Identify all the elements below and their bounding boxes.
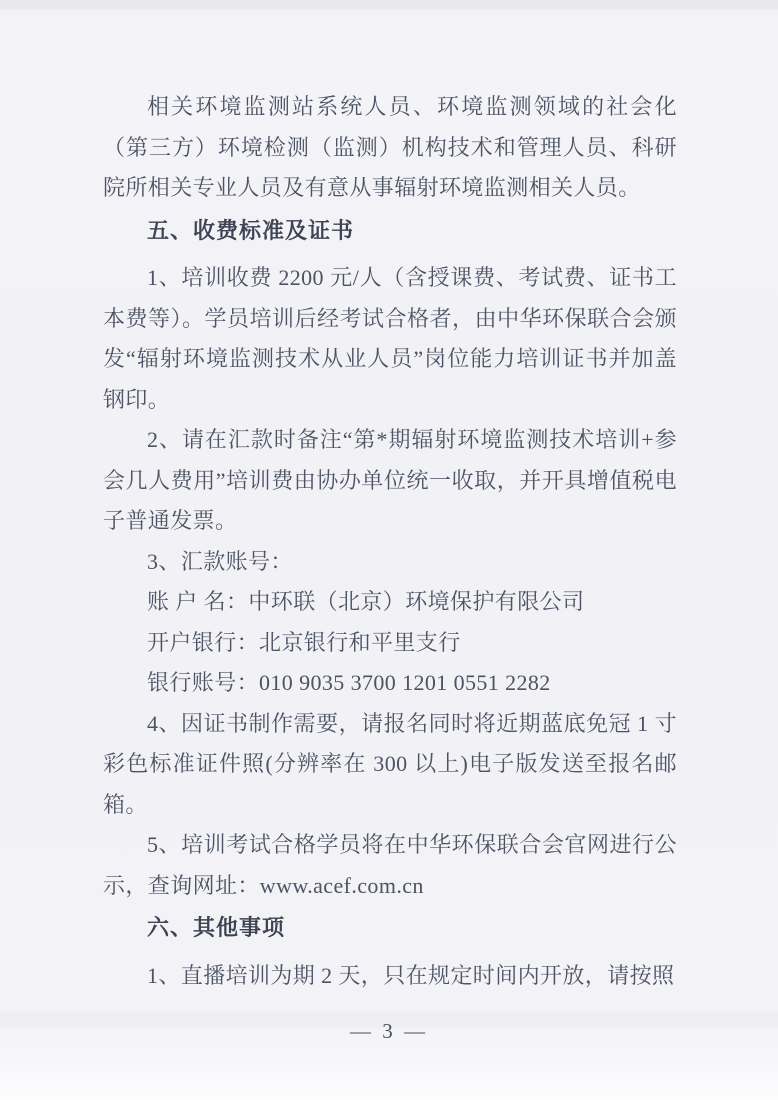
body-paragraph: 2、请在汇款时备注“第*期辐射环境监测技术培训+参会几人费用”培训费由协办单位统…: [103, 420, 677, 542]
body-paragraph: 账 户 名：中环联（北京）环境保护有限公司: [103, 582, 677, 623]
scan-artifact-top-edge: [0, 0, 778, 9]
document-page: 相关环境监测站系统人员、环境监测领域的社会化（第三方）环境检测（监测）机构技术和…: [0, 0, 778, 1100]
body-paragraph: 1、直播培训为期 2 天，只在规定时间内开放，请按照: [103, 956, 677, 997]
body-paragraph: 开户银行：北京银行和平里支行: [103, 623, 677, 664]
body-paragraph: 银行账号：010 9035 3700 1201 0551 2282: [103, 663, 677, 704]
scanned-document: { "page": { "paragraphs": [ { "type": "b…: [0, 0, 778, 1100]
document-body: 相关环境监测站系统人员、环境监测领域的社会化（第三方）环境检测（监测）机构技术和…: [103, 87, 677, 996]
section-heading: 五、收费标准及证书: [103, 211, 677, 252]
section-heading: 六、其他事项: [103, 908, 677, 949]
body-paragraph: 3、汇款账号：: [103, 542, 677, 583]
body-paragraph: 5、培训考试合格学员将在中华环保联合会官网进行公示，查询网址：www.acef.…: [103, 825, 677, 906]
page-number: — 3 —: [0, 1018, 778, 1044]
body-paragraph: 1、培训收费 2200 元/人（含授课费、考试费、证书工本费等）。学员培训后经考…: [103, 258, 677, 420]
body-paragraph: 4、因证书制作需要，请报名同时将近期蓝底免冠 1 寸彩色标准证件照(分辨率在 3…: [103, 704, 677, 826]
body-paragraph: 相关环境监测站系统人员、环境监测领域的社会化（第三方）环境检测（监测）机构技术和…: [103, 87, 677, 209]
